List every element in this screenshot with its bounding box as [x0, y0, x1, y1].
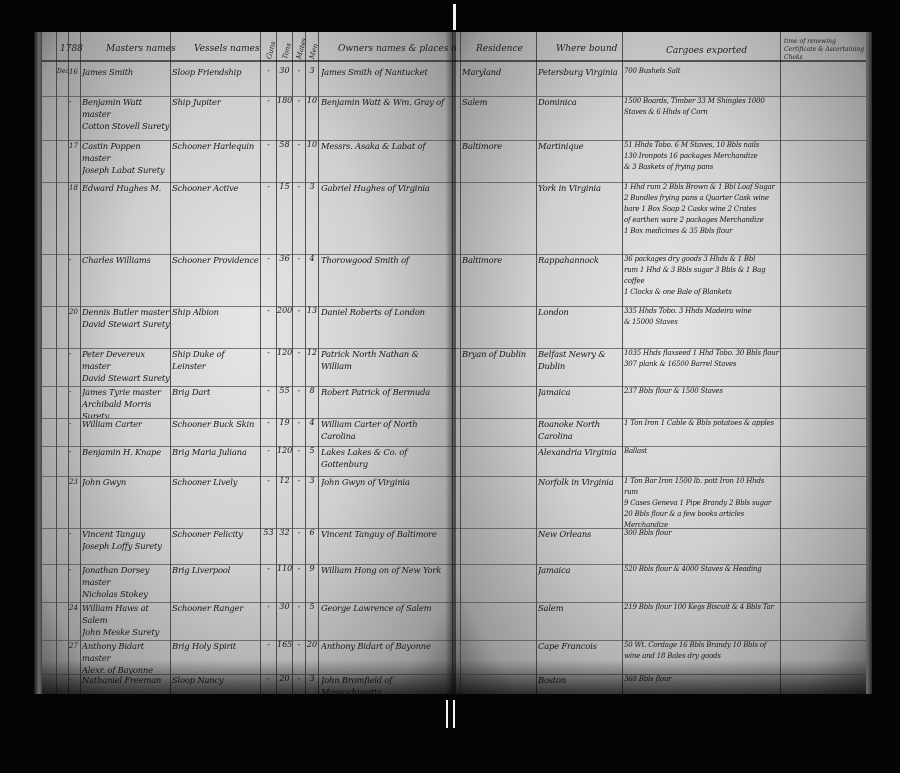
cargo-exported: 1035 Hhds flaxseed 1 Hhd Tobo. 30 Bbls f…: [624, 348, 780, 386]
vessel-name: Brig Liverpool: [172, 564, 260, 602]
guns-value: -: [261, 602, 276, 611]
owner-name: Vincent Tanguy of Baltimore: [321, 528, 451, 564]
men-value: 6: [306, 528, 318, 537]
men-value: 3: [306, 66, 318, 75]
residence: [462, 564, 536, 602]
header-vessels-name: Vessels names: [194, 44, 260, 54]
mates-value: -: [293, 66, 305, 75]
header-cargoes-exported: Cargoes exported: [666, 46, 747, 56]
owner-name: Robert Patrick of Bermuda: [321, 386, 451, 418]
row-day: 23: [69, 476, 81, 488]
guns-value: -: [261, 564, 276, 573]
men-value: 5: [306, 446, 318, 455]
where-bound: Roanoke North Carolina: [538, 418, 622, 446]
owner-name: William Hong on of New York: [321, 564, 451, 602]
tons-value: 120: [277, 348, 292, 357]
vessel-name: Brig Maria Juliana: [172, 446, 260, 476]
master-name: John Gwyn: [82, 476, 170, 528]
tons-value: 58: [277, 140, 292, 149]
where-bound: Martinique: [538, 140, 622, 182]
where-bound: Belfast Newry & Dublin: [538, 348, 622, 386]
mates-value: -: [293, 418, 305, 427]
residence: Baltimore: [462, 140, 536, 182]
where-bound: Rappahannock: [538, 254, 622, 306]
residence: [462, 528, 536, 564]
left-page: 1788 Masters names Vessels names Guns To…: [42, 32, 456, 694]
guns-value: -: [261, 182, 276, 191]
row-day: -: [69, 446, 81, 458]
row-day: 18: [69, 182, 81, 194]
men-value: 20: [306, 640, 318, 649]
mates-value: -: [293, 96, 305, 105]
men-value: 5: [306, 602, 318, 611]
men-value: 10: [306, 96, 318, 105]
day-rule: [80, 32, 81, 694]
header-remarks: time of renewing Certificate & Ascertain…: [784, 38, 864, 62]
owner-name: William Carter of North Carolina: [321, 418, 451, 446]
vessel-name: Ship Albion: [172, 306, 260, 348]
cargo-exported: 51 Hhds Tobo. 6 M Staves, 10 Bbls nails …: [624, 140, 780, 182]
vessel-name: Schooner Buck Skin: [172, 418, 260, 446]
master-name: Benjamin Watt master Cotton Stovell Sure…: [82, 96, 170, 140]
residence: [462, 386, 536, 418]
mates-rule: [305, 32, 306, 694]
guns-value: -: [261, 254, 276, 263]
owner-name: George Lawrence of Salem: [321, 602, 451, 640]
registration-mark-bottom-left: [446, 700, 448, 728]
cargo-exported: 1 Ton Iron 1 Cable & Bbls potatoes & app…: [624, 418, 780, 446]
mates-value: -: [293, 140, 305, 149]
tons-value: 180: [277, 96, 292, 105]
guns-value: -: [261, 140, 276, 149]
guns-value: -: [261, 640, 276, 649]
owner-name: Thorowgood Smith of: [321, 254, 451, 306]
master-name: Edward Hughes M.: [82, 182, 170, 254]
tons-value: 32: [277, 528, 292, 537]
vessel-name: Schooner Lively: [172, 476, 260, 528]
row-day: -: [69, 96, 81, 108]
header-where-bound: Where bound: [556, 44, 617, 54]
row-day: -: [69, 564, 81, 576]
header-year: 1788: [60, 44, 83, 54]
where-bound: Petersburg Virginia: [538, 66, 622, 96]
guns-value: -: [261, 476, 276, 485]
mates-value: -: [293, 182, 305, 191]
residence: [462, 446, 536, 476]
row-day: 20: [69, 306, 81, 318]
where-bound: Salem: [538, 602, 622, 640]
vessel-name: Schooner Providence: [172, 254, 260, 306]
tons-value: 12: [277, 476, 292, 485]
cargo-rule: [780, 32, 781, 694]
owner-name: Patrick North Nathan & William: [321, 348, 451, 386]
vessel-name: Schooner Felicity: [172, 528, 260, 564]
mates-value: -: [293, 528, 305, 537]
master-name: Charles Williams: [82, 254, 170, 306]
right-page: Residence Where bound Cargoes exported t…: [456, 32, 866, 694]
owner-name: Lakes Lakes & Co. of Gottenburg: [321, 446, 451, 476]
master-name: Castin Poppen master Joseph Labat Surety: [82, 140, 170, 182]
residence: [462, 476, 536, 528]
registration-mark-top: [453, 4, 456, 30]
cargo-exported: 1 Ton Bar Iron 1500 lb. pott Iron 10 Hhd…: [624, 476, 780, 528]
where-bound: Jamaica: [538, 386, 622, 418]
cargo-exported: 1500 Boards, Timber 33 M Shingles 1000 S…: [624, 96, 780, 140]
row-day: -: [69, 418, 81, 430]
row-day: -: [69, 386, 81, 398]
cargo-exported: 520 Bbls flour & 4000 Staves & Heading: [624, 564, 780, 602]
residence: [462, 418, 536, 446]
row-day: 16: [69, 66, 81, 78]
tons-value: 19: [277, 418, 292, 427]
cargo-exported: 237 Bbls flour & 1500 Staves: [624, 386, 780, 418]
vessel-name: Ship Duke of Leinster: [172, 348, 260, 386]
header-mates: Mates: [295, 37, 308, 60]
vessel-name: Schooner Harlequin: [172, 140, 260, 182]
header-residence: Residence: [476, 44, 523, 54]
where-bound: New Orleans: [538, 528, 622, 564]
residence: [462, 602, 536, 640]
men-value: 8: [306, 386, 318, 395]
men-value: 3: [306, 476, 318, 485]
master-name: Peter Devereux master David Stewart Sure…: [82, 348, 170, 386]
residence: Maryland: [462, 66, 536, 96]
owner-name: John Gwyn of Virginia: [321, 476, 451, 528]
master-name: Benjamin H. Knape: [82, 446, 170, 476]
men-value: 9: [306, 564, 318, 573]
where-bound: Dominica: [538, 96, 622, 140]
where-bound: York in Virginia: [538, 182, 622, 254]
master-name: Jonathan Dorsey master Nicholas Stokey S…: [82, 564, 170, 602]
tons-rule: [292, 32, 293, 694]
row-day: -: [69, 348, 81, 360]
where-bound: Alexandria Virginia: [538, 446, 622, 476]
residence-rule: [536, 32, 537, 694]
tons-value: 30: [277, 66, 292, 75]
master-name: James Smith: [82, 66, 170, 96]
page-bottom-shadow: [42, 660, 866, 694]
guns-value: -: [261, 446, 276, 455]
residence: Bryan of Dublin: [462, 348, 536, 386]
men-rule: [318, 32, 319, 694]
cargo-exported: 700 Bushels Salt: [624, 66, 780, 96]
row-day: -: [69, 254, 81, 266]
margin-rule: [56, 32, 57, 694]
mates-value: -: [293, 446, 305, 455]
vessel-rule: [260, 32, 261, 694]
mates-value: -: [293, 640, 305, 649]
owner-name: Benjamin Watt & Wm. Gray of: [321, 96, 451, 140]
tons-value: 120: [277, 446, 292, 455]
master-name: William Carter: [82, 418, 170, 446]
guns-value: -: [261, 418, 276, 427]
mates-value: -: [293, 564, 305, 573]
date-rule: [68, 32, 69, 694]
master-name: Vincent Tanguy Joseph Loffy Surety: [82, 528, 170, 564]
tons-value: 110: [277, 564, 292, 573]
master-name: Dennis Butler master David Stewart Suret…: [82, 306, 170, 348]
guns-value: -: [261, 386, 276, 395]
residence: [462, 306, 536, 348]
header-masters-name: Masters names: [106, 44, 176, 54]
row-day: -: [69, 528, 81, 540]
cargo-exported: 36 packages dry goods 3 Hhds & 1 Bbl rum…: [624, 254, 780, 306]
residence: [462, 182, 536, 254]
where-bound: London: [538, 306, 622, 348]
mates-value: -: [293, 386, 305, 395]
row-month: Dec: [57, 66, 69, 78]
guns-rule: [276, 32, 277, 694]
master-name: William Haws at Salem John Meske Surety: [82, 602, 170, 640]
mates-value: -: [293, 254, 305, 263]
header-owners: Owners names & places of: [338, 44, 456, 54]
men-value: 13: [306, 306, 318, 315]
tons-value: 36: [277, 254, 292, 263]
men-value: 3: [306, 182, 318, 191]
guns-value: -: [261, 348, 276, 357]
mates-value: -: [293, 476, 305, 485]
mates-value: -: [293, 348, 305, 357]
registration-mark-bottom-right: [453, 700, 455, 728]
master-rule: [170, 32, 171, 694]
owner-name: Gabriel Hughes of Virginia: [321, 182, 451, 254]
vessel-name: Brig Dart: [172, 386, 260, 418]
cargo-exported: Ballast: [624, 446, 780, 476]
guns-value: 53: [261, 528, 276, 537]
men-value: 4: [306, 418, 318, 427]
row-day: 27: [69, 640, 81, 652]
cargo-exported: 1 Hhd rum 2 Bbls Brown & 1 Bbl Loaf Suga…: [624, 182, 780, 254]
tons-value: 55: [277, 386, 292, 395]
cargo-exported: 300 Bbls flour: [624, 528, 780, 564]
men-value: 4: [306, 254, 318, 263]
owner-name: Daniel Roberts of London: [321, 306, 451, 348]
master-name: James Tyrie master Archibald Morris Sure…: [82, 386, 170, 418]
guns-value: -: [261, 66, 276, 75]
tons-value: 165: [277, 640, 292, 649]
residence: Baltimore: [462, 254, 536, 306]
owner-name: James Smith of Nantucket: [321, 66, 451, 96]
header-rule: [42, 60, 456, 62]
men-value: 12: [306, 348, 318, 357]
vessel-name: Ship Jupiter: [172, 96, 260, 140]
row-day: 17: [69, 140, 81, 152]
right-margin-rule: [460, 32, 461, 694]
cargo-exported: 335 Hhds Tobo. 3 Hhds Madeira wine & 150…: [624, 306, 780, 348]
row-day: 24: [69, 602, 81, 614]
tons-value: 30: [277, 602, 292, 611]
scanned-ledger-image: 1788 Masters names Vessels names Guns To…: [0, 0, 900, 773]
owner-name: Messrs. Asaka & Labat of: [321, 140, 451, 182]
where-bound: Jamaica: [538, 564, 622, 602]
vessel-name: Schooner Active: [172, 182, 260, 254]
men-value: 10: [306, 140, 318, 149]
vessel-name: Schooner Ranger: [172, 602, 260, 640]
residence: Salem: [462, 96, 536, 140]
tons-value: 200: [277, 306, 292, 315]
guns-value: -: [261, 306, 276, 315]
bound-rule: [622, 32, 623, 694]
tons-value: 15: [277, 182, 292, 191]
cargo-exported: 219 Bbls flour 100 Kegs Biscuit & 4 Bbls…: [624, 602, 780, 640]
vessel-name: Sloop Friendship: [172, 66, 260, 96]
mates-value: -: [293, 306, 305, 315]
where-bound: Norfolk in Virginia: [538, 476, 622, 528]
mates-value: -: [293, 602, 305, 611]
guns-value: -: [261, 96, 276, 105]
